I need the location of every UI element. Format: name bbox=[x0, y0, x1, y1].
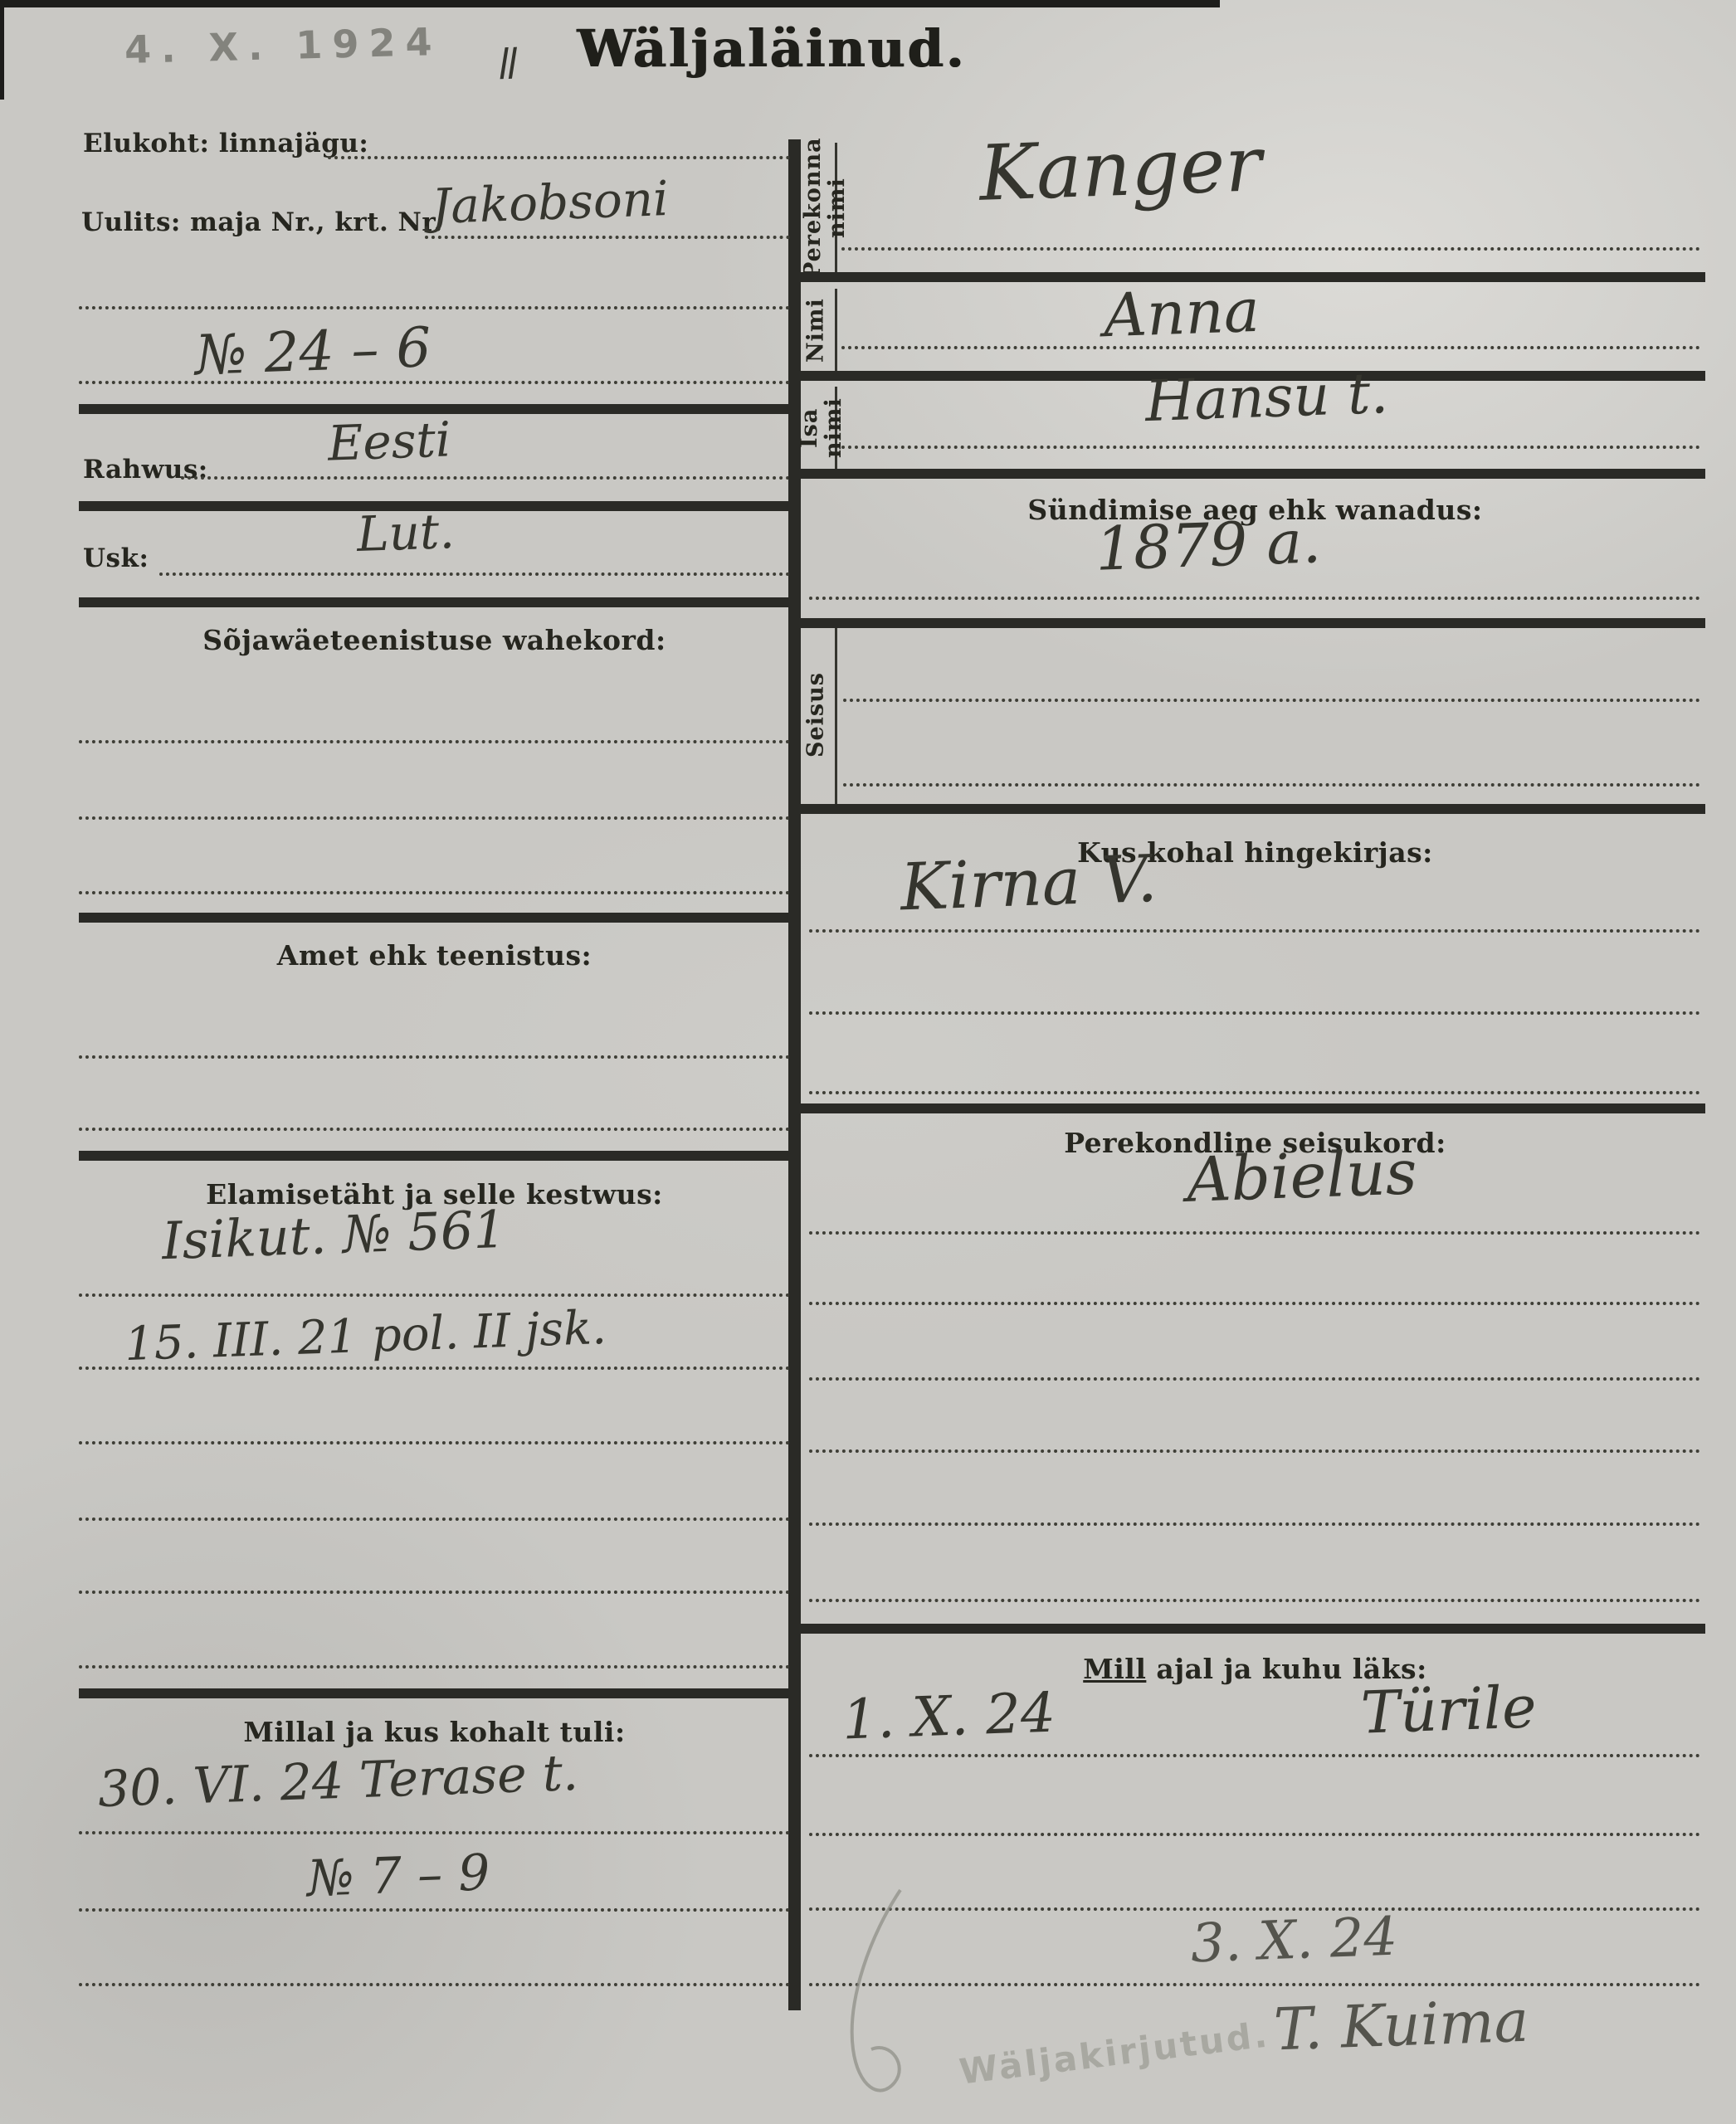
residence-label: Elukoht: linnajägu: bbox=[83, 129, 368, 158]
father-name-value: Hansu t. bbox=[1144, 361, 1389, 435]
dotted-line bbox=[79, 1366, 790, 1370]
dotted-line bbox=[79, 740, 790, 743]
dotted-line bbox=[79, 1665, 790, 1669]
scan-edge-top bbox=[0, 0, 1220, 7]
dotted-line bbox=[809, 1754, 1700, 1757]
house-number-value: № 24 – 6 bbox=[194, 315, 432, 387]
scan-edge-left bbox=[0, 0, 4, 100]
issued-stamp: Wäljakirjutud. bbox=[957, 2014, 1271, 2092]
rule-line bbox=[79, 1151, 790, 1161]
rule-line bbox=[788, 618, 1705, 628]
margin-mark: ǁ bbox=[497, 40, 520, 90]
dotted-line bbox=[79, 1831, 790, 1834]
dotted-line bbox=[79, 1293, 790, 1297]
dotted-line bbox=[79, 381, 790, 384]
rule-line bbox=[788, 1624, 1705, 1634]
arrival-label: Millal ja kus kohalt tuli: bbox=[79, 1716, 790, 1748]
arrival-line1: 30. VI. 24 Terase t. bbox=[97, 1744, 579, 1819]
birth-date-value: 1879 a. bbox=[1095, 506, 1323, 583]
dotted-line bbox=[809, 929, 1700, 933]
father-name-label: Isa nimi bbox=[795, 387, 848, 470]
dotted-line bbox=[841, 446, 1700, 449]
rule-line bbox=[79, 913, 790, 923]
dotted-line bbox=[843, 699, 1700, 702]
occupation-label: Amet ehk teenistus: bbox=[79, 939, 790, 972]
clerk-signature: T. Kuima bbox=[1273, 1987, 1530, 2064]
dotted-line bbox=[79, 1441, 790, 1444]
dotted-line bbox=[79, 1055, 790, 1059]
nationality-label: Rahwus: bbox=[83, 455, 208, 485]
departure-place-value: Türile bbox=[1360, 1673, 1538, 1746]
dotted-line bbox=[79, 816, 790, 820]
surname-value: Kanger bbox=[978, 119, 1263, 218]
street-value: Jakobsoni bbox=[431, 170, 670, 235]
rule-line bbox=[79, 597, 790, 607]
dotted-line bbox=[809, 1011, 1700, 1015]
dotted-line bbox=[809, 1599, 1700, 1602]
rule-line bbox=[79, 1688, 790, 1698]
name-value: Anna bbox=[1103, 275, 1261, 350]
residence-permit-line1: Isikut. № 561 bbox=[161, 1199, 507, 1271]
dotted-line bbox=[841, 346, 1700, 349]
surname-label: Perekonna nimi bbox=[795, 143, 855, 274]
dotted-line bbox=[79, 1128, 790, 1131]
dotted-line bbox=[328, 156, 790, 159]
residence-permit-line2: 15. III. 21 pol. II jsk. bbox=[124, 1301, 607, 1371]
page-title: Wäljaläinud. bbox=[577, 18, 966, 79]
rule-line bbox=[788, 1103, 1705, 1113]
departure-label: Mill ajal ja kuhu läks: bbox=[809, 1653, 1701, 1685]
issued-date-value: 3. X. 24 bbox=[1190, 1907, 1399, 1975]
dotted-line bbox=[809, 1091, 1700, 1094]
rule-line bbox=[788, 804, 1705, 814]
marital-status-value: Abielus bbox=[1186, 1137, 1418, 1216]
nationality-value: Eesti bbox=[327, 411, 452, 471]
religion-label: Usk: bbox=[83, 543, 149, 573]
status-label: Seisus bbox=[795, 625, 836, 806]
dotted-line bbox=[809, 1302, 1700, 1305]
name-label: Nimi bbox=[795, 289, 836, 372]
military-service-label: Sõjawäeteenistuse wahekord: bbox=[79, 624, 790, 656]
dotted-line bbox=[809, 1377, 1700, 1381]
departure-date-value: 1. X. 24 bbox=[841, 1681, 1056, 1752]
dotted-line bbox=[181, 476, 790, 480]
registration-card: 4. X. 1924 ǁ Wäljaläinud. Elukoht: linna… bbox=[0, 0, 1736, 2124]
rule-line bbox=[788, 469, 1705, 479]
dotted-line bbox=[809, 597, 1700, 600]
dotted-line bbox=[79, 1983, 790, 1986]
dotted-line bbox=[809, 1449, 1700, 1453]
departure-label-word1: Mill bbox=[1083, 1653, 1146, 1685]
dotted-line bbox=[809, 1522, 1700, 1526]
parish-register-value: Kirna V. bbox=[900, 842, 1158, 926]
pencil-flourish bbox=[822, 1883, 987, 2124]
religion-value: Lut. bbox=[356, 503, 456, 563]
street-label: Uulits: maja Nr., krt. Nr. bbox=[81, 207, 443, 237]
dotted-line bbox=[425, 236, 790, 239]
dotted-line bbox=[843, 783, 1700, 787]
dotted-line bbox=[79, 1517, 790, 1521]
dotted-line bbox=[79, 306, 790, 309]
dotted-line bbox=[79, 1591, 790, 1594]
dotted-line bbox=[159, 572, 790, 576]
dotted-line bbox=[79, 1908, 790, 1912]
dotted-line bbox=[809, 1231, 1700, 1235]
dotted-line bbox=[79, 891, 790, 894]
arrival-line2: № 7 – 9 bbox=[306, 1844, 491, 1908]
dotted-line bbox=[841, 247, 1700, 251]
date-stamp: 4. X. 1924 bbox=[124, 19, 442, 72]
dotted-line bbox=[809, 1833, 1700, 1836]
